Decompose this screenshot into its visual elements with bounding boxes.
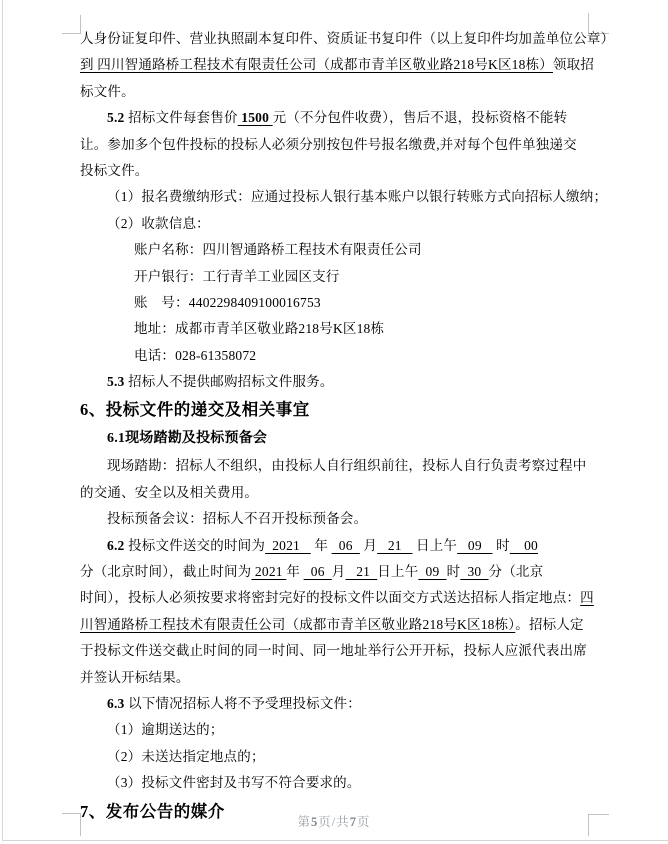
document-line: 电话：028-61358072 xyxy=(80,343,592,369)
page-footer: 第5页/共7页 xyxy=(0,812,668,830)
text-segment: 年 xyxy=(286,564,303,579)
document-line: 投标预备会议：招标人不召开投标预备会。 xyxy=(80,506,592,532)
document-line: 时间），投标人必须按要求将密封完好的投标文件以面交方式送达招标人指定地点：四 xyxy=(80,585,592,611)
text-segment: 6.1现场踏勘及投标预备会 xyxy=(107,431,267,446)
text-segment: （1）逾期送达的； xyxy=(107,722,224,737)
text-segment: 的交通、安全以及相关费用。 xyxy=(80,485,258,500)
section-heading: 6、投标文件的递交及相关事宜 xyxy=(80,395,592,425)
text-segment: 领取招 xyxy=(553,57,594,72)
document-line: 地址：成都市青羊区敬业路218号K区18栋 xyxy=(80,316,592,342)
page-edge-left xyxy=(2,0,3,841)
document-line: 5.2 招标文件每套售价 1500 元（不分包件收费），售后不退，投标资格不能转 xyxy=(80,105,592,131)
text-segment: 电话：028-61358072 xyxy=(134,348,256,363)
document-line: （1）报名费缴纳形式：应通过投标人银行基本账户以银行转账方式向招标人缴纳； xyxy=(80,184,592,210)
text-segment: 6.3 xyxy=(107,696,128,711)
document-page: 人身份证复印件、营业执照副本复印件、资质证书复印件（以上复印件均加盖单位公章）到… xyxy=(0,0,668,844)
text-segment: 开户银行：工行青羊工业园区支行 xyxy=(134,269,340,284)
text-segment: （2）收款信息： xyxy=(107,216,210,231)
document-line: 6.3 以下情况招标人将不予受理投标文件： xyxy=(80,691,592,717)
text-segment: 6、投标文件的递交及相关事宜 xyxy=(80,400,310,419)
footer-text: 共 xyxy=(336,815,350,829)
document-line: （2）收款信息： xyxy=(80,211,592,237)
document-line: 分（北京时间），截止时间为 2021 年 06 月 21 日上午 09 时 30… xyxy=(80,559,592,585)
text-segment: 09 xyxy=(418,564,446,579)
document-line: 6.2 投标文件送交的时间为 2021 年 06 月 21 日上午 09 时 0… xyxy=(80,533,592,559)
text-segment: 06 xyxy=(332,538,360,553)
text-segment: （2）未送达指定地点的； xyxy=(107,749,265,764)
text-segment: 00 xyxy=(510,538,538,553)
text-segment: 月 xyxy=(332,564,346,579)
document-line: 到 四川智通路桥工程技术有限责任公司（成都市青羊区敬业路218号K区18栋）领取… xyxy=(80,52,592,78)
text-segment: 日上午 xyxy=(377,564,418,579)
text-segment: 年 xyxy=(311,538,332,553)
text-segment: 投标预备会议：招标人不召开投标预备会。 xyxy=(107,511,367,526)
text-segment: （3）投标文件密封及书写不符合要求的。 xyxy=(107,775,361,790)
document-line: 于投标文件送交截止时间的同一时间、同一地址举行公开开标，投标人应派代表出席 xyxy=(80,638,592,664)
text-segment: 分（北京时间），截止时间为 xyxy=(80,564,251,579)
text-segment: 到 四川智通路桥工程技术有限责任公司（成都市青羊区敬业路218号K区18栋） xyxy=(80,57,553,72)
text-segment: 月 xyxy=(360,538,377,553)
text-segment: 06 xyxy=(304,564,332,579)
text-segment: 日上午 xyxy=(412,538,457,553)
text-segment: 30 xyxy=(460,564,488,579)
text-segment: 标文件。 xyxy=(80,84,135,99)
document-line: 让。参加多个包件投标的投标人必须分别按包件号报名缴费,并对每个包件单独递交 xyxy=(80,132,592,158)
text-segment: 地址：成都市青羊区敬业路218号K区18栋 xyxy=(134,321,384,336)
text-segment: 并签认开标结果。 xyxy=(80,670,190,685)
text-segment: 2021 xyxy=(265,538,311,553)
document-line: （1）逾期送达的； xyxy=(80,717,592,743)
text-segment: 5.2 xyxy=(107,110,128,125)
document-line: 账户名称：四川智通路桥工程技术有限责任公司 xyxy=(80,237,592,263)
text-segment: 川智通路桥工程技术有限责任公司（成都市青羊区敬业路218号K区18栋） xyxy=(80,617,515,632)
footer-text: 页 xyxy=(357,815,371,829)
document-body: 人身份证复印件、营业执照副本复印件、资质证书复印件（以上复印件均加盖单位公章）到… xyxy=(80,26,592,827)
text-segment: 账 号：4402298409100016753 xyxy=(134,295,321,310)
margin-crop-mark-top-left xyxy=(62,15,81,34)
text-segment: 以下情况招标人将不予受理投标文件： xyxy=(128,696,361,711)
document-line: 现场踏勘：招标人不组织，由投标人自行组织前往，投标人自行负责考察过程中 xyxy=(80,453,592,479)
text-segment: 6.2 xyxy=(107,538,128,553)
document-line: 5.3 招标人不提供邮购招标文件服务。 xyxy=(80,369,592,395)
text-segment: 让。参加多个包件投标的投标人必须分别按包件号报名缴费,并对每个包件单独递交 xyxy=(80,137,577,152)
text-segment: 人身份证复印件、营业执照副本复印件、资质证书复印件（以上复印件均加盖单位公章） xyxy=(80,31,614,46)
text-segment: 5.3 xyxy=(107,374,128,389)
text-segment: 09 xyxy=(457,538,492,553)
document-line: 的交通、安全以及相关费用。 xyxy=(80,480,592,506)
text-segment: 招标文件每套售价 xyxy=(128,110,238,125)
text-segment: 元（不分包件收费），售后不退，投标资格不能转 xyxy=(273,110,568,125)
text-segment: 21 xyxy=(346,564,378,579)
footer-text: 第 xyxy=(297,815,311,829)
text-segment: 2021 xyxy=(251,564,286,579)
section-heading: 6.1现场踏勘及投标预备会 xyxy=(80,425,592,453)
text-segment: 招标人不提供邮购招标文件服务。 xyxy=(128,374,334,389)
text-segment: 。招标人定 xyxy=(515,617,584,632)
text-segment: 时 xyxy=(447,564,461,579)
text-segment: 四 xyxy=(580,590,594,605)
text-segment: 账户名称：四川智通路桥工程技术有限责任公司 xyxy=(134,242,422,257)
document-line: （3）投标文件密封及书写不符合要求的。 xyxy=(80,770,592,796)
footer-text: 页 xyxy=(318,815,332,829)
document-line: 标文件。 xyxy=(80,79,592,105)
page-edge-bottom xyxy=(2,840,668,841)
document-line: 川智通路桥工程技术有限责任公司（成都市青羊区敬业路218号K区18栋）。招标人定 xyxy=(80,612,592,638)
text-segment: 于投标文件送交截止时间的同一时间、同一地址举行公开开标，投标人应派代表出席 xyxy=(80,643,587,658)
text-segment: 1500 xyxy=(238,110,273,125)
text-segment: 21 xyxy=(377,538,412,553)
page-number: 7 xyxy=(350,815,357,829)
document-line: （2）未送达指定地点的； xyxy=(80,744,592,770)
document-line: 账 号：4402298409100016753 xyxy=(80,290,592,316)
document-line: 人身份证复印件、营业执照副本复印件、资质证书复印件（以上复印件均加盖单位公章） xyxy=(80,26,592,52)
text-segment: 投标文件。 xyxy=(80,163,149,178)
text-segment: （1）报名费缴纳形式：应通过投标人银行基本账户以银行转账方式向招标人缴纳； xyxy=(107,189,607,204)
text-segment: 现场踏勘：招标人不组织，由投标人自行组织前往，投标人自行负责考察过程中 xyxy=(107,458,587,473)
text-segment: 分（北京 xyxy=(489,564,544,579)
document-line: 投标文件。 xyxy=(80,158,592,184)
text-segment: 投标文件送交的时间为 xyxy=(128,538,265,553)
document-line: 开户银行：工行青羊工业园区支行 xyxy=(80,264,592,290)
text-segment: 时 xyxy=(493,538,510,553)
text-segment: 时间），投标人必须按要求将密封完好的投标文件以面交方式送达招标人指定地点： xyxy=(80,590,580,605)
document-line: 并签认开标结果。 xyxy=(80,665,592,691)
